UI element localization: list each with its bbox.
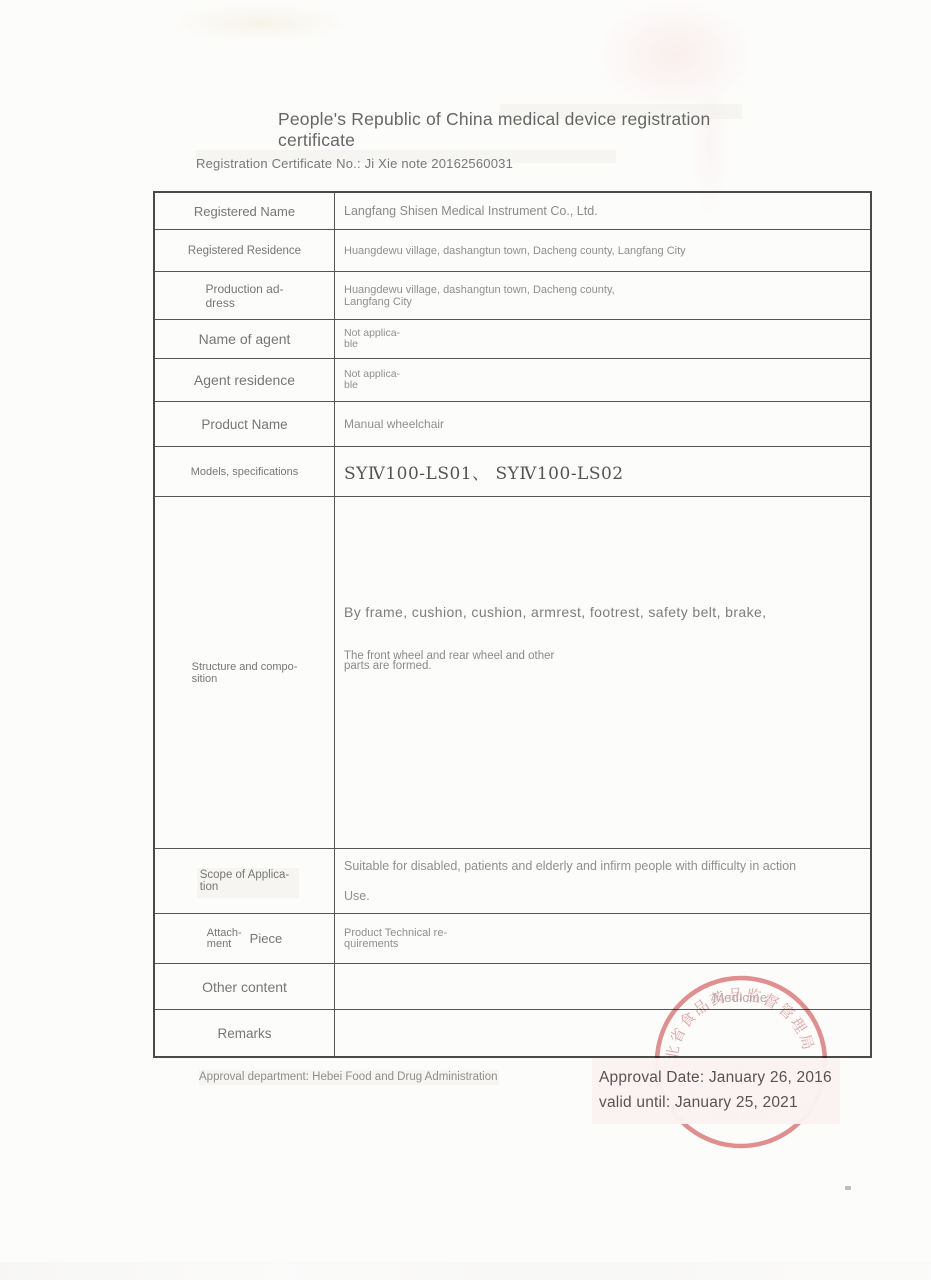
value-text: Manual wheelchair bbox=[344, 417, 870, 431]
scan-speck bbox=[845, 1186, 851, 1190]
label-text: Models, specifications bbox=[191, 466, 299, 478]
row-value: Langfang Shisen Medical Instrument Co., … bbox=[335, 193, 870, 229]
row-label: Name of agent bbox=[155, 320, 335, 358]
value-text: ble bbox=[344, 380, 870, 391]
certificate-page: People's Republic of China medical devic… bbox=[0, 0, 931, 1280]
value-text: Not applica- bbox=[344, 369, 870, 380]
value-text: Huangdewu village, dashangtun town, Dach… bbox=[344, 284, 870, 296]
value-text: Not applica- bbox=[344, 328, 870, 339]
value-text: SYⅣ100-LS01、 SYⅣ100-LS02 bbox=[344, 459, 870, 484]
row-value: Not applica- ble bbox=[335, 359, 870, 401]
certificate-title: People's Republic of China medical devic… bbox=[278, 109, 758, 151]
row-value: By frame, cushion, cushion, armrest, foo… bbox=[335, 497, 870, 848]
value-text: ble bbox=[344, 339, 870, 350]
label-text: Registered Name bbox=[194, 204, 295, 219]
approval-date: Approval Date: January 26, 2016 bbox=[599, 1065, 840, 1090]
label-text: Attach- ment Piece bbox=[207, 928, 282, 950]
table-row-scope-of-application: Scope of Applica- tion Suitable for disa… bbox=[155, 849, 870, 914]
scan-artifact-strip bbox=[0, 1262, 931, 1280]
label-text: Remarks bbox=[217, 1026, 271, 1041]
row-label: Models, specifications bbox=[155, 447, 335, 496]
row-value: Not applica- ble bbox=[335, 320, 870, 358]
table-row-agent-residence: Agent residence Not applica- ble bbox=[155, 359, 870, 402]
value-text: Langfang Shisen Medical Instrument Co., … bbox=[344, 204, 870, 218]
scan-smudge bbox=[170, 3, 350, 43]
row-label: Scope of Applica- tion bbox=[155, 849, 335, 913]
label-text: Other content bbox=[202, 979, 287, 995]
value-text: By frame, cushion, cushion, armrest, foo… bbox=[344, 604, 870, 620]
label-text: Registered Residence bbox=[188, 245, 301, 257]
approval-date-box: Approval Date: January 26, 2016 valid un… bbox=[592, 1058, 840, 1124]
valid-until: valid until: January 25, 2021 bbox=[599, 1090, 840, 1115]
row-label: Agent residence bbox=[155, 359, 335, 401]
label-text: Scope of Applica- tion bbox=[200, 869, 290, 893]
value-text: Suitable for disabled, patients and elde… bbox=[344, 859, 870, 873]
value-text: Use. bbox=[344, 889, 870, 903]
row-label: Structure and compo- sition bbox=[155, 497, 335, 848]
table-row-name-of-agent: Name of agent Not applica- ble bbox=[155, 320, 870, 359]
row-label: Remarks bbox=[155, 1010, 335, 1056]
row-value: Manual wheelchair bbox=[335, 402, 870, 446]
row-label: Attach- ment Piece bbox=[155, 914, 335, 963]
label-text: Production ad- dress bbox=[205, 282, 283, 310]
table-row-product-name: Product Name Manual wheelchair bbox=[155, 402, 870, 447]
value-text: Huangdewu village, dashangtun town, Dach… bbox=[344, 245, 870, 257]
row-value: Product Technical re- quirements bbox=[335, 914, 870, 963]
table-row-registered-residence: Registered Residence Huangdewu village, … bbox=[155, 230, 870, 272]
label-text: Name of agent bbox=[199, 331, 291, 347]
value-text: Product Technical re- bbox=[344, 928, 870, 939]
approval-department: Approval department: Hebei Food and Drug… bbox=[199, 1071, 498, 1083]
row-label: Registered Name bbox=[155, 193, 335, 229]
table-row-registered-name: Registered Name Langfang Shisen Medical … bbox=[155, 193, 870, 230]
table-row-structure-composition: Structure and compo- sition By frame, cu… bbox=[155, 497, 870, 849]
value-text: Langfang City bbox=[344, 296, 870, 308]
scan-smudge bbox=[595, 0, 755, 110]
value-text: The front wheel and rear wheel and other… bbox=[344, 651, 870, 671]
certificate-table: Registered Name Langfang Shisen Medical … bbox=[153, 191, 872, 1058]
row-label: Product Name bbox=[155, 402, 335, 446]
row-label: Production ad- dress bbox=[155, 272, 335, 319]
table-row-models-specifications: Models, specifications SYⅣ100-LS01、 SYⅣ1… bbox=[155, 447, 870, 497]
row-value: Huangdewu village, dashangtun town, Dach… bbox=[335, 230, 870, 271]
row-value: Huangdewu village, dashangtun town, Dach… bbox=[335, 272, 870, 319]
label-text: Product Name bbox=[201, 417, 287, 432]
row-value: Suitable for disabled, patients and elde… bbox=[335, 849, 870, 913]
row-value: SYⅣ100-LS01、 SYⅣ100-LS02 bbox=[335, 447, 870, 496]
registration-number: Registration Certificate No.: Ji Xie not… bbox=[196, 156, 513, 171]
table-row-attachment: Attach- ment Piece Product Technical re-… bbox=[155, 914, 870, 964]
row-label: Other content bbox=[155, 964, 335, 1009]
table-row-production-address: Production ad- dress Huangdewu village, … bbox=[155, 272, 870, 320]
label-text: Structure and compo- sition bbox=[192, 661, 298, 685]
row-label: Registered Residence bbox=[155, 230, 335, 271]
label-text: Agent residence bbox=[194, 372, 295, 388]
medicine-label: Medicine bbox=[713, 990, 783, 1005]
value-text: quirements bbox=[344, 939, 870, 950]
